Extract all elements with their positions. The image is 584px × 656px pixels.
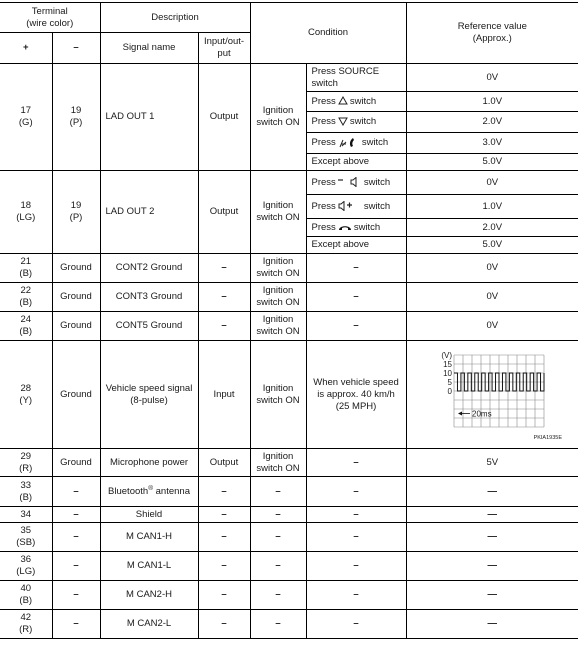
condition-detail: –	[306, 552, 406, 581]
input-output: –	[198, 477, 250, 507]
condition-detail: –	[306, 449, 406, 477]
input-output: –	[198, 581, 250, 610]
reference-value: —	[406, 507, 578, 523]
terminal-minus: Ground	[52, 341, 100, 449]
terminal-minus: –	[52, 610, 100, 639]
hang-up-icon	[338, 223, 352, 231]
sub-condition: Press SOURCE switch	[306, 64, 406, 92]
terminal-minus: –	[52, 552, 100, 581]
svg-text:0: 0	[448, 387, 453, 396]
header-condition: Condition	[250, 3, 406, 64]
reference-value: 0V	[406, 64, 578, 92]
terminal-minus: Ground	[52, 312, 100, 341]
reference-value: 5V	[406, 449, 578, 477]
reference-value: 1.0V	[406, 195, 578, 219]
table-row: 18(LG) 19(P) LAD OUT 2 Output Ignitionsw…	[0, 171, 578, 195]
signal-name: M CAN2-L	[100, 610, 198, 639]
input-output: Output	[198, 449, 250, 477]
reference-value: 0V	[406, 283, 578, 312]
signal-name: LAD OUT 1	[100, 64, 198, 171]
pulse-waveform-chart: (V)15105020msPKIA1935E	[408, 345, 576, 445]
header-signal-name: Signal name	[100, 33, 198, 64]
table-row: 42(R) – M CAN2-L – – – —	[0, 610, 578, 639]
reference-value: 0V	[406, 254, 578, 283]
table-row: 40(B) – M CAN2-H – – – —	[0, 581, 578, 610]
signal-name: M CAN1-L	[100, 552, 198, 581]
terminal-plus: 42(R)	[0, 610, 52, 639]
condition-detail: –	[306, 507, 406, 523]
input-output: –	[198, 523, 250, 552]
input-output: Input	[198, 341, 250, 449]
signal-name: CONT3 Ground	[100, 283, 198, 312]
input-output: –	[198, 552, 250, 581]
reference-value: 5.0V	[406, 237, 578, 254]
header-terminal: Terminal(wire color)	[0, 3, 100, 33]
reference-value: —	[406, 552, 578, 581]
terminal-minus: Ground	[52, 283, 100, 312]
terminal-plus: 17(G)	[0, 64, 52, 171]
reference-value: —	[406, 610, 578, 639]
condition-ignition: –	[250, 581, 306, 610]
signal-name: Microphone power	[100, 449, 198, 477]
table-row: 34 – Shield – – – —	[0, 507, 578, 523]
condition-ignition: Ignitionswitch ON	[250, 171, 306, 254]
condition-ignition: –	[250, 523, 306, 552]
input-output: Output	[198, 171, 250, 254]
sub-condition: Pressswitch	[306, 112, 406, 133]
table-row: 24(B) Ground CONT5 Ground – Ignitionswit…	[0, 312, 578, 341]
sub-condition: Pressswitch	[306, 92, 406, 112]
svg-text:(V): (V)	[442, 351, 453, 360]
condition-ignition: –	[250, 477, 306, 507]
signal-name: M CAN1-H	[100, 523, 198, 552]
signal-name: LAD OUT 2	[100, 171, 198, 254]
terminal-reference-table: Terminal(wire color) Description Conditi…	[0, 2, 578, 639]
sub-condition: Pressswitch	[306, 195, 406, 219]
input-output: –	[198, 610, 250, 639]
table-row: 29(R) Ground Microphone power Output Ign…	[0, 449, 578, 477]
terminal-plus: 29(R)	[0, 449, 52, 477]
condition-detail: –	[306, 523, 406, 552]
reference-value: —	[406, 477, 578, 507]
terminal-plus: 40(B)	[0, 581, 52, 610]
condition-ignition: Ignitionswitch ON	[250, 64, 306, 171]
condition-ignition: Ignitionswitch ON	[250, 283, 306, 312]
terminal-plus: 18(LG)	[0, 171, 52, 254]
reference-value: 3.0V	[406, 133, 578, 154]
terminal-plus: 35(SB)	[0, 523, 52, 552]
reference-value: 1.0V	[406, 92, 578, 112]
reference-waveform: (V)15105020msPKIA1935E	[406, 341, 578, 449]
triangle-up-icon	[338, 96, 348, 105]
sub-condition: Except above	[306, 154, 406, 171]
input-output: Output	[198, 64, 250, 171]
terminal-minus: –	[52, 507, 100, 523]
voice-phone-icon	[338, 137, 360, 148]
header-minus: –	[52, 33, 100, 64]
signal-name: CONT2 Ground	[100, 254, 198, 283]
input-output: –	[198, 254, 250, 283]
input-output: –	[198, 507, 250, 523]
condition-detail: –	[306, 477, 406, 507]
reference-value: 2.0V	[406, 219, 578, 237]
sub-condition: Pressswitch	[306, 133, 406, 154]
signal-name: Shield	[100, 507, 198, 523]
reference-value: —	[406, 581, 578, 610]
condition-ignition: Ignitionswitch ON	[250, 449, 306, 477]
condition-ignition: –	[250, 610, 306, 639]
table-row: 28(Y) Ground Vehicle speed signal(8-puls…	[0, 341, 578, 449]
terminal-plus: 24(B)	[0, 312, 52, 341]
terminal-plus: 34	[0, 507, 52, 523]
reference-value: —	[406, 523, 578, 552]
header-reference-value: Reference value(Approx.)	[406, 3, 578, 64]
svg-text:15: 15	[443, 360, 452, 369]
signal-name: Bluetooth® antenna	[100, 477, 198, 507]
signal-name: CONT5 Ground	[100, 312, 198, 341]
condition-ignition: –	[250, 552, 306, 581]
table-row: 35(SB) – M CAN1-H – – – —	[0, 523, 578, 552]
condition-detail: –	[306, 283, 406, 312]
table-row: 21(B) Ground CONT2 Ground – Ignitionswit…	[0, 254, 578, 283]
condition-detail: –	[306, 254, 406, 283]
condition-ignition: Ignitionswitch ON	[250, 341, 306, 449]
reference-value: 0V	[406, 171, 578, 195]
condition-detail: When vehicle speedis approx. 40 km/h(25 …	[306, 341, 406, 449]
volume-down-icon	[338, 177, 362, 187]
terminal-plus: 36(LG)	[0, 552, 52, 581]
reference-value: 5.0V	[406, 154, 578, 171]
header-description: Description	[100, 3, 250, 33]
volume-up-icon	[338, 201, 362, 211]
terminal-minus: 19(P)	[52, 171, 100, 254]
terminal-plus: 22(B)	[0, 283, 52, 312]
svg-text:5: 5	[448, 378, 453, 387]
table-row: 17(G) 19(P) LAD OUT 1 Output Ignitionswi…	[0, 64, 578, 92]
table-row: 36(LG) – M CAN1-L – – – —	[0, 552, 578, 581]
input-output: –	[198, 312, 250, 341]
triangle-down-icon	[338, 117, 348, 126]
terminal-minus: Ground	[52, 449, 100, 477]
signal-name: Vehicle speed signal(8-pulse)	[100, 341, 198, 449]
terminal-plus: 28(Y)	[0, 341, 52, 449]
sub-condition: Pressswitch	[306, 219, 406, 237]
condition-ignition: Ignitionswitch ON	[250, 312, 306, 341]
signal-name: M CAN2-H	[100, 581, 198, 610]
terminal-minus: 19(P)	[52, 64, 100, 171]
reference-value: 2.0V	[406, 112, 578, 133]
terminal-minus: –	[52, 477, 100, 507]
svg-text:PKIA1935E: PKIA1935E	[534, 435, 563, 441]
sub-condition: Pressswitch	[306, 171, 406, 195]
condition-ignition: Ignitionswitch ON	[250, 254, 306, 283]
table-row: 22(B) Ground CONT3 Ground – Ignitionswit…	[0, 283, 578, 312]
condition-detail: –	[306, 610, 406, 639]
sub-condition: Except above	[306, 237, 406, 254]
header-plus: +	[0, 33, 52, 64]
condition-detail: –	[306, 581, 406, 610]
condition-ignition: –	[250, 507, 306, 523]
terminal-minus: –	[52, 523, 100, 552]
terminal-minus: –	[52, 581, 100, 610]
terminal-minus: Ground	[52, 254, 100, 283]
header-input-output: Input/out-put	[198, 33, 250, 64]
table-row: 33(B) – Bluetooth® antenna – – – —	[0, 477, 578, 507]
terminal-plus: 33(B)	[0, 477, 52, 507]
input-output: –	[198, 283, 250, 312]
svg-text:20ms: 20ms	[472, 409, 492, 418]
condition-detail: –	[306, 312, 406, 341]
svg-text:10: 10	[443, 369, 452, 378]
terminal-plus: 21(B)	[0, 254, 52, 283]
reference-value: 0V	[406, 312, 578, 341]
